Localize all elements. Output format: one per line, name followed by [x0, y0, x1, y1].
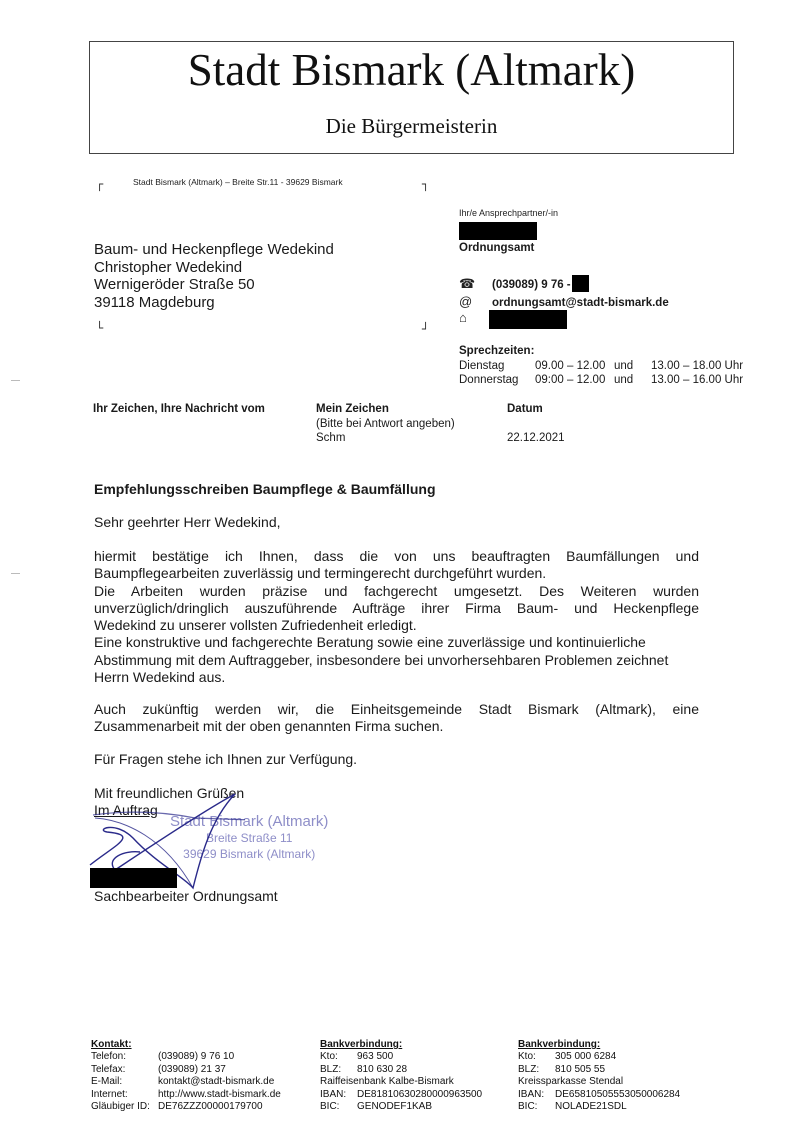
letter-subject: Empfehlungsschreiben Baumpflege & Baumfä…: [94, 481, 436, 497]
signer-role: Sachbearbeiter Ordnungsamt: [94, 888, 699, 905]
footer-bank-table: Kto:305 000 6284 BLZ:810 505 55 Kreisspa…: [518, 1051, 680, 1113]
footer-label: E-Mail:: [91, 1076, 158, 1088]
footer-label: IBAN:: [320, 1089, 357, 1101]
window-corner-top-left: ┌: [96, 178, 103, 190]
window-corner-top-right: ┐: [422, 178, 429, 190]
office-hours-table: Dienstag 09.00 – 12.00 und 13.00 – 18.00…: [459, 359, 743, 388]
footer-label: BIC:: [518, 1101, 555, 1113]
footer-label: Gläubiger ID:: [91, 1101, 158, 1113]
footer-label: BIC:: [320, 1101, 357, 1113]
footer-bank-1: Bankverbindung: Kto:963 500 BLZ:810 630 …: [320, 1039, 482, 1113]
at-icon: @: [459, 294, 481, 309]
footer-label: Kto:: [518, 1051, 555, 1063]
paragraph-line: unverzüglich/dringlich auszuführende Auf…: [94, 600, 699, 617]
footer-value: 305 000 6284: [555, 1051, 680, 1063]
paragraph-line: Baumpflegearbeiten zuverlässig und termi…: [94, 565, 699, 582]
footer-contact-heading: Kontakt:: [91, 1039, 281, 1051]
footer-bank-2: Bankverbindung: Kto:305 000 6284 BLZ:810…: [518, 1039, 680, 1113]
paragraph-line: hiermit bestätige ich Ihnen, dass die vo…: [94, 548, 699, 565]
footer-bank-table: Kto:963 500 BLZ:810 630 28 Raiffeisenban…: [320, 1051, 482, 1113]
footer-email[interactable]: kontakt@stadt-bismark.de: [158, 1076, 281, 1088]
paragraph-line: Eine konstruktive und fachgerechte Berat…: [94, 634, 699, 651]
footer-value: DE76ZZZ00000179700: [158, 1101, 281, 1113]
date-block: Datum 22.12.2021: [507, 402, 565, 446]
letterhead-title: Stadt Bismark (Altmark): [90, 44, 733, 96]
footer-bank-name: Kreissparkasse Stendal: [518, 1076, 680, 1088]
footer-label: Internet:: [91, 1089, 158, 1101]
contact-email[interactable]: ordnungsamt@stadt-bismark.de: [492, 297, 669, 309]
paragraph-1: hiermit bestätige ich Ihnen, dass die vo…: [94, 548, 699, 686]
footer-bank-heading: Bankverbindung:: [518, 1039, 680, 1051]
contact-email-row: @ordnungsamt@stadt-bismark.de: [459, 294, 669, 309]
house-icon: ⌂: [459, 310, 481, 325]
footer-value: 810 505 55: [555, 1064, 680, 1076]
office-hours-title: Sprechzeiten:: [459, 344, 743, 359]
my-reference: Mein Zeichen (Bitte bei Antwort angeben)…: [316, 402, 455, 446]
recipient-line: Wernigeröder Straße 50: [94, 276, 334, 294]
redacted-signer-name: [90, 868, 177, 888]
office-hours-row: Dienstag 09.00 – 12.00 und 13.00 – 18.00…: [459, 359, 743, 374]
hours-morning: 09.00 – 12.00: [535, 359, 614, 374]
your-reference-label: Ihr Zeichen, Ihre Nachricht vom: [93, 402, 265, 417]
recipient-address: Baum- und Heckenpflege Wedekind Christop…: [94, 241, 334, 311]
letterhead: Stadt Bismark (Altmark) Die Bürgermeiste…: [89, 41, 734, 154]
footer-value: (039089) 9 76 10: [158, 1051, 281, 1063]
hours-day: Donnerstag: [459, 373, 535, 388]
footer-label: Telefon:: [91, 1051, 158, 1063]
my-reference-label: Mein Zeichen: [316, 402, 455, 417]
fold-mark-bottom: [11, 573, 20, 574]
footer-value: GENODEF1KAB: [357, 1101, 482, 1113]
footer-value: DE65810505553050006284: [555, 1089, 680, 1101]
footer-contact: Kontakt: Telefon:(039089) 9 76 10 Telefa…: [91, 1039, 281, 1113]
paragraph-line: Die Arbeiten wurden präzise und fachgere…: [94, 583, 699, 600]
paragraph-line: Auch zukünftig werden wir, die Einheitsg…: [94, 701, 699, 718]
hours-morning: 09:00 – 12.00: [535, 373, 614, 388]
footer-bank-heading: Bankverbindung:: [320, 1039, 482, 1051]
hours-und: und: [614, 373, 651, 388]
footer-label: BLZ:: [320, 1064, 357, 1076]
hours-und: und: [614, 359, 651, 374]
footer-contact-table: Telefon:(039089) 9 76 10 Telefax:(039089…: [91, 1051, 281, 1113]
redacted-contact-name: [459, 222, 537, 240]
contact-room-row: ⌂: [459, 310, 481, 325]
recipient-line: Baum- und Heckenpflege Wedekind: [94, 241, 334, 259]
your-reference: Ihr Zeichen, Ihre Nachricht vom: [93, 402, 265, 417]
paragraph-line: Herrn Wedekind aus.: [94, 669, 699, 686]
office-hours: Sprechzeiten: Dienstag 09.00 – 12.00 und…: [459, 344, 743, 388]
contact-person-label: Ihr/e Ansprechpartner/-in: [459, 208, 558, 218]
window-corner-bottom-left: └: [96, 322, 103, 334]
footer-label: BLZ:: [518, 1064, 555, 1076]
hours-afternoon: 13.00 – 18.00 Uhr: [651, 359, 743, 374]
paragraph-line: Zusammenarbeit mit der oben genannten Fi…: [94, 718, 699, 735]
redacted-phone-extension: [572, 275, 589, 292]
footer-value: NOLADE21SDL: [555, 1101, 680, 1113]
paragraph-line: Wedekind zu unserer vollsten Zufriedenhe…: [94, 617, 699, 634]
footer-label: Kto:: [320, 1051, 357, 1063]
footer-bank-name: Raiffeisenbank Kalbe-Bismark: [320, 1076, 482, 1088]
recipient-line: Christopher Wedekind: [94, 259, 334, 277]
footer-label: IBAN:: [518, 1089, 555, 1101]
footer-label: Telefax:: [91, 1064, 158, 1076]
salutation: Sehr geehrter Herr Wedekind,: [94, 514, 699, 531]
contact-phone-row: ☎(039089) 9 76 -: [459, 275, 589, 292]
office-hours-row: Donnerstag 09:00 – 12.00 und 13.00 – 16.…: [459, 373, 743, 388]
paragraph-line: Abstimmung mit dem Auftraggeber, insbeso…: [94, 652, 699, 669]
footer-website[interactable]: http://www.stadt-bismark.de: [158, 1089, 281, 1101]
footer-value: (039089) 21 37: [158, 1064, 281, 1076]
date-label: Datum: [507, 402, 565, 417]
recipient-line: 39118 Magdeburg: [94, 294, 334, 312]
paragraph-3: Für Fragen stehe ich Ihnen zur Verfügung…: [94, 751, 699, 768]
my-reference-hint: (Bitte bei Antwort angeben): [316, 417, 455, 432]
date-value: 22.12.2021: [507, 431, 565, 446]
redacted-room-number: [489, 310, 567, 329]
letterhead-subtitle: Die Bürgermeisterin: [90, 114, 733, 139]
footer-value: DE81810630280000963500: [357, 1089, 482, 1101]
sender-return-address: Stadt Bismark (Altmark) – Breite Str.11 …: [133, 177, 343, 187]
hours-afternoon: 13.00 – 16.00 Uhr: [651, 373, 743, 388]
contact-phone: (039089) 9 76 -: [492, 279, 571, 291]
my-reference-value: Schm: [316, 431, 455, 446]
phone-icon: ☎: [459, 276, 481, 292]
contact-department: Ordnungsamt: [459, 242, 534, 254]
hours-day: Dienstag: [459, 359, 535, 374]
footer-value: 810 630 28: [357, 1064, 482, 1076]
fold-mark-top: [11, 380, 20, 381]
paragraph-2: Auch zukünftig werden wir, die Einheitsg…: [94, 701, 699, 736]
window-corner-bottom-right: ┘: [422, 323, 429, 335]
footer-value: 963 500: [357, 1051, 482, 1063]
